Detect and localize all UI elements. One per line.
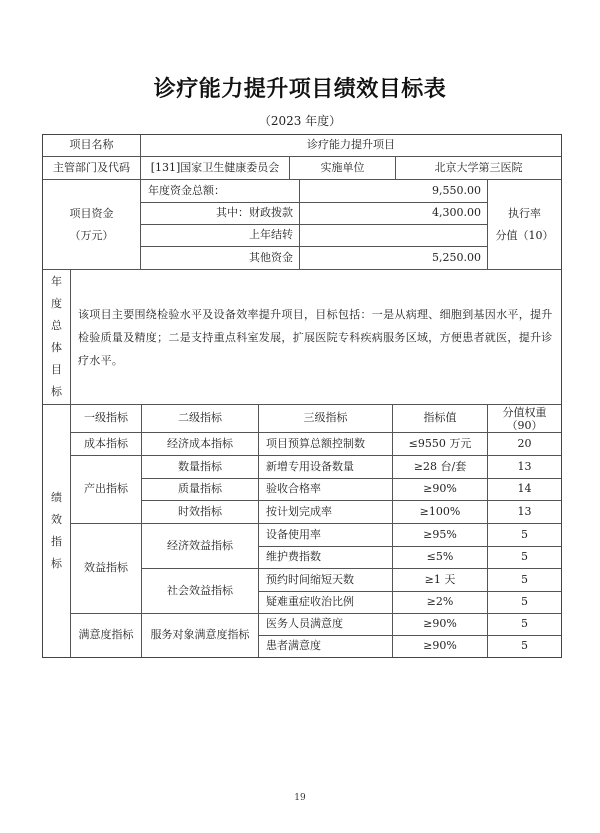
funding-label: 项目资金 （万元）: [43, 180, 141, 270]
metric-level3: 疑难重症收治比例: [259, 592, 393, 614]
level2-social-benefit: 社会效益指标: [142, 569, 259, 614]
level1-benefit: 效益指标: [71, 524, 142, 614]
metric-value: ≥90%: [393, 636, 488, 657]
metric-value: ≤5%: [393, 547, 488, 569]
goal-label-char: 年: [51, 271, 62, 293]
goal-label-char: 体: [51, 337, 62, 359]
level2-economic-benefit: 经济效益指标: [142, 524, 259, 569]
performance-metrics-label: 绩 效 指 标: [43, 405, 71, 657]
metric-level3: 预约时间缩短天数: [259, 569, 393, 592]
funding-label-line1: 项目资金: [70, 203, 114, 225]
metric-value: ≤9550 万元: [393, 433, 488, 456]
goal-label-char: 目: [51, 359, 62, 381]
header-weight-line1: 分值权重: [503, 406, 547, 419]
metric-value: ≥1 天: [393, 569, 488, 592]
metric-level3: 维护费指数: [259, 547, 393, 569]
impl-value: 北京大学第三医院: [396, 157, 561, 180]
metric-value: ≥95%: [393, 524, 488, 547]
header-value: 指标值: [393, 405, 488, 433]
level2-quality: 质量指标: [142, 479, 259, 501]
funding-row-value: 9,550.00: [300, 180, 488, 203]
level1-output: 产出指标: [71, 456, 142, 524]
metric-value: ≥28 台/套: [393, 456, 488, 479]
metric-weight: 13: [488, 456, 561, 479]
funding-row-value: 5,250.00: [300, 247, 488, 270]
metric-weight: 5: [488, 636, 561, 657]
funding-row-label: 其他资金: [141, 247, 300, 270]
level2-timeliness: 时效指标: [142, 501, 259, 524]
metrics-label-char: 绩: [51, 487, 62, 509]
metric-weight: 14: [488, 479, 561, 501]
metric-level3: 项目预算总额控制数: [259, 433, 393, 456]
annual-goal-text: 该项目主要围绕检验水平及设备效率提升项目，目标包括：一是从病理、细胞到基因水平，…: [71, 270, 561, 405]
metric-weight: 5: [488, 569, 561, 592]
execution-rate-label: 执行率 分值（10）: [488, 180, 561, 270]
level2-quantity: 数量指标: [142, 456, 259, 479]
metric-level3: 设备使用率: [259, 524, 393, 547]
impl-label: 实施单位: [290, 157, 396, 180]
funding-label-line2: （万元）: [70, 225, 114, 247]
funding-row-value: 4,300.00: [300, 203, 488, 225]
metric-value: ≥2%: [393, 592, 488, 614]
goal-label-char: 总: [51, 315, 62, 337]
annual-goal-label: 年 度 总 体 目 标: [43, 270, 71, 405]
dept-value: [131]国家卫生健康委员会: [141, 157, 290, 180]
metrics-label-char: 标: [51, 553, 62, 575]
level2-service-satisfaction: 服务对象满意度指标: [142, 614, 259, 657]
metric-weight: 20: [488, 433, 561, 456]
metric-level3: 新增专用设备数量: [259, 456, 393, 479]
project-name-value: 诊疗能力提升项目: [141, 135, 561, 157]
metric-weight: 5: [488, 547, 561, 569]
metric-value: ≥90%: [393, 614, 488, 636]
project-name-label: 项目名称: [43, 135, 141, 157]
metrics-label-char: 效: [51, 509, 62, 531]
goal-label-char: 度: [51, 293, 62, 315]
funding-row-label: 上年结转: [141, 225, 300, 247]
funding-row-label: 年度资金总额：: [141, 180, 300, 203]
metric-value: ≥90%: [393, 479, 488, 501]
metric-level3: 验收合格率: [259, 479, 393, 501]
document-title: 诊疗能力提升项目绩效目标表: [0, 72, 600, 103]
metric-weight: 13: [488, 501, 561, 524]
execution-rate-line1: 执行率: [508, 203, 541, 225]
metric-value: ≥100%: [393, 501, 488, 524]
metric-weight: 5: [488, 524, 561, 547]
metric-level3: 按计划完成率: [259, 501, 393, 524]
funding-row-value: [300, 225, 488, 247]
document-year: （2023 年度）: [0, 112, 600, 129]
header-level3: 三级指标: [259, 405, 393, 433]
execution-rate-line2: 分值（10）: [496, 225, 554, 247]
level1-cost: 成本指标: [71, 433, 142, 456]
page-number: 19: [0, 793, 600, 803]
level2-economic-cost: 经济成本指标: [142, 433, 259, 456]
header-weight-line2: （90）: [507, 419, 543, 432]
dept-label: 主管部门及代码: [43, 157, 141, 180]
header-level1: 一级指标: [71, 405, 142, 433]
goal-label-char: 标: [51, 381, 62, 403]
header-level2: 二级指标: [142, 405, 259, 433]
performance-target-table: 项目名称 诊疗能力提升项目 主管部门及代码 [131]国家卫生健康委员会 实施单…: [42, 134, 562, 658]
metric-weight: 5: [488, 614, 561, 636]
metric-weight: 5: [488, 592, 561, 614]
metrics-label-char: 指: [51, 531, 62, 553]
level1-satisfaction: 满意度指标: [71, 614, 142, 657]
metric-level3: 医务人员满意度: [259, 614, 393, 636]
funding-row-label: 其中：财政拨款: [141, 203, 300, 225]
metric-level3: 患者满意度: [259, 636, 393, 657]
header-weight: 分值权重 （90）: [488, 405, 561, 433]
